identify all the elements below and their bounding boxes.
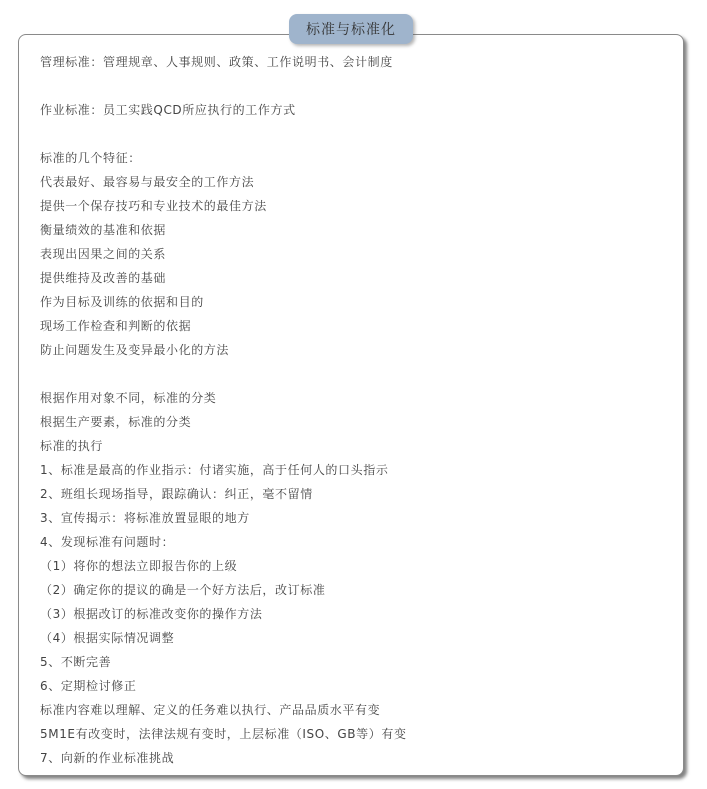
text-line: 衡量绩效的基准和依据 <box>40 218 407 242</box>
text-line: 3、宣传揭示：将标准放置显眼的地方 <box>40 506 407 530</box>
text-line: 6、定期检讨修正 <box>40 674 407 698</box>
text-line: 标准的几个特征： <box>40 146 407 170</box>
text-line: 4、发现标准有问题时： <box>40 530 407 554</box>
text-line: 现场工作检查和判断的依据 <box>40 314 407 338</box>
text-line: 7、向新的作业标准挑战 <box>40 746 407 770</box>
text-line: （2）确定你的提议的确是一个好方法后，改订标准 <box>40 578 407 602</box>
text-line: 作为目标及训练的依据和目的 <box>40 290 407 314</box>
text-line: 表现出因果之间的关系 <box>40 242 407 266</box>
text-line: 提供一个保存技巧和专业技术的最佳方法 <box>40 194 407 218</box>
text-line: 2、班组长现场指导，跟踪确认：纠正，毫不留情 <box>40 482 407 506</box>
title-text: 标准与标准化 <box>306 19 396 39</box>
blank-line <box>40 362 407 386</box>
text-line: 根据生产要素，标准的分类 <box>40 410 407 434</box>
text-line: 作业标准：员工实践QCD所应执行的工作方式 <box>40 98 407 122</box>
text-line: （1）将你的想法立即报告你的上级 <box>40 554 407 578</box>
text-line: （3）根据改订的标准改变你的操作方法 <box>40 602 407 626</box>
blank-line <box>40 74 407 98</box>
text-line: 5、不断完善 <box>40 650 407 674</box>
text-line: 标准的执行 <box>40 434 407 458</box>
text-line: 5M1E有改变时，法律法规有变时，上层标准（ISO、GB等）有变 <box>40 722 407 746</box>
text-line: 1、标准是最高的作业指示：付诸实施，高于任何人的口头指示 <box>40 458 407 482</box>
text-lines: 管理标准：管理规章、人事规则、政策、工作说明书、会计制度 作业标准：员工实践QC… <box>40 50 407 770</box>
text-line: 防止问题发生及变异最小化的方法 <box>40 338 407 362</box>
text-line: 标准内容难以理解、定义的任务难以执行、产品品质水平有变 <box>40 698 407 722</box>
text-line: 根据作用对象不同，标准的分类 <box>40 386 407 410</box>
text-line: 代表最好、最容易与最安全的工作方法 <box>40 170 407 194</box>
title-pill: 标准与标准化 <box>289 14 413 44</box>
blank-line <box>40 122 407 146</box>
text-line: 提供维持及改善的基础 <box>40 266 407 290</box>
text-line: 管理标准：管理规章、人事规则、政策、工作说明书、会计制度 <box>40 50 407 74</box>
text-line: （4）根据实际情况调整 <box>40 626 407 650</box>
